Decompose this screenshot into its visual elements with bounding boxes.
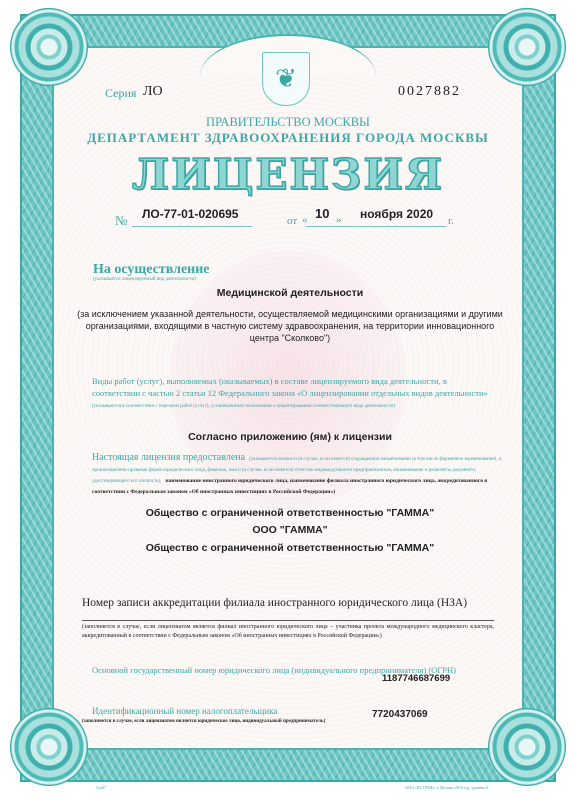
licensee-block: Настоящая лицензия предоставлена (указыв…	[92, 452, 502, 496]
works-value: Согласно приложению (ям) к лицензии	[70, 431, 510, 443]
rosette-top-right-icon	[488, 8, 566, 86]
date-prefix: от	[287, 215, 297, 227]
accreditation-hint: (заполняется в случае, если лицензиатом …	[82, 623, 494, 640]
document-title: ЛИЦЕНЗИЯ	[0, 150, 576, 199]
license-month-year: ноября 2020	[360, 207, 433, 221]
date-close-quote: »	[336, 214, 342, 226]
rosette-bottom-left-icon	[10, 708, 88, 786]
licensee-label: Настоящая лицензия предоставлена	[92, 452, 245, 463]
department-name: ДЕПАРТАМЕНТ ЗДРАВООХРАНЕНИЯ ГОРОДА МОСКВ…	[0, 130, 576, 146]
rosette-top-left-icon	[10, 8, 88, 86]
works-hint: (указываются в соответствии с перечнем р…	[92, 403, 492, 410]
footer-printer: ООО «ПТ ГРАФ», г. Москва, 2018 год, уров…	[405, 785, 488, 790]
accreditation-label: Номер записи аккредитации филиала иностр…	[82, 597, 467, 609]
footer-code: А/к07	[96, 785, 106, 790]
licensee-short-name: ООО "ГАММА"	[70, 524, 510, 536]
number-label: №	[115, 213, 127, 229]
series-value: ЛО	[143, 84, 163, 100]
number-underline	[132, 226, 252, 227]
activity-description: (за исключением указанной деятельности, …	[75, 308, 505, 344]
rosette-bottom-right-icon	[488, 708, 566, 786]
date-underline	[306, 226, 446, 227]
inn-label: Идентификационный номер налогоплательщик…	[92, 706, 277, 716]
series-label: Серия	[105, 86, 136, 101]
date-open-quote: «	[302, 214, 308, 226]
license-day: 10	[315, 206, 329, 221]
license-number: ЛО-77-01-020695	[142, 207, 238, 221]
year-suffix: г.	[448, 215, 454, 227]
works-label: Виды работ (услуг), выполняемых (оказыва…	[92, 375, 492, 399]
licensee-full-name: Общество с ограниченной ответственностью…	[70, 507, 510, 519]
coat-of-arms-icon: ❦	[262, 52, 310, 106]
form-number: 0027882	[398, 84, 461, 100]
government-name: ПРАВИТЕЛЬСТВО МОСКВЫ	[0, 115, 576, 130]
licensee-brand-name: Общество с ограниченной ответственностью…	[70, 542, 510, 554]
activity-label-hint: (указывается лицензируемый вид деятельно…	[93, 276, 196, 283]
ogrn-value: 1187746687699	[382, 673, 450, 684]
inn-hint: (заполняется в случае, если лицензиатом …	[82, 718, 382, 725]
inn-value: 7720437069	[372, 709, 428, 720]
accreditation-underline	[82, 620, 494, 621]
activity-name: Медицинской деятельности	[70, 287, 510, 299]
